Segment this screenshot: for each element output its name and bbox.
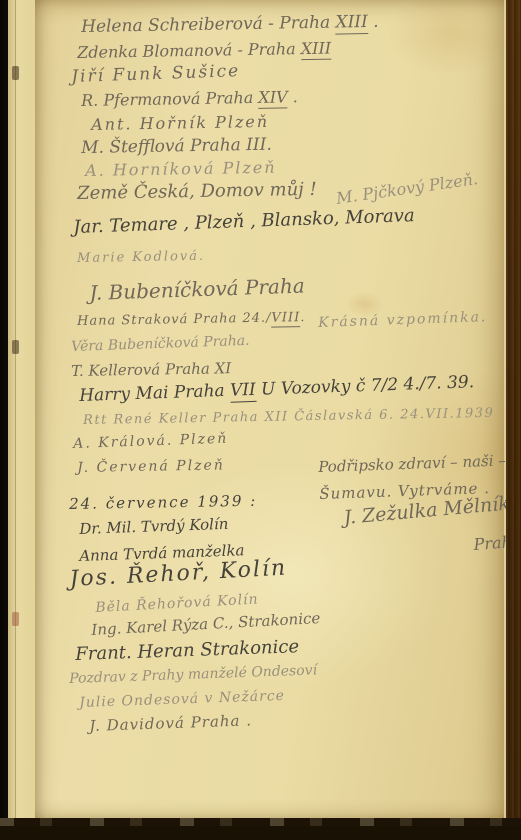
book-spine-shadow — [0, 0, 8, 840]
signature-line: M. Pjčkový Plzeň. — [335, 170, 479, 207]
signature-line: Zdenka Blomanová - Praha XIII — [77, 40, 331, 62]
binding-thread — [12, 612, 19, 626]
signature-line: T. Kellerová Praha XI — [71, 360, 231, 379]
signature-line: Dr. Mil. Tvrdý Kolín — [79, 516, 229, 538]
signature-line: Jiří Funk Sušice — [71, 62, 241, 87]
signature-line: R. Pfermanová Praha XIV . — [81, 88, 298, 109]
signature-line: J. Červená Plzeň — [77, 458, 225, 476]
signature-line: 24. července 1939 : — [69, 493, 257, 513]
underlined-numeral: VIII — [271, 310, 300, 328]
signature-line: J. Davidová Praha . — [89, 712, 252, 734]
binding-stitch — [12, 66, 19, 80]
signature-line: Jar. Temare , Plzeň , Blansko, Morava — [73, 206, 415, 238]
page-stack-edge — [506, 0, 521, 822]
signature-line: Hana Straková Praha 24./VIII. — [77, 311, 306, 329]
signature-line: J. Bubeníčková Praha — [89, 274, 305, 304]
binding-seam — [15, 0, 16, 822]
signature-line: M. Štefflová Praha III. — [81, 136, 272, 158]
signature-line: Helena Schreiberová - Praha XIII . — [81, 13, 379, 37]
signature-line: Pozdrav z Prahy manželé Ondesoví — [69, 663, 317, 687]
underlined-numeral: XIII — [301, 39, 332, 61]
signature-line: Ant. Hořník Plzeň — [91, 113, 269, 134]
signature-line: Podřipsko zdraví – naši – — [318, 452, 506, 475]
signature-line: A. Horníková Plzeň — [85, 159, 277, 180]
page-bottom-edge-flecks — [0, 818, 521, 826]
page-gutter — [8, 0, 35, 822]
underlined-numeral: VII — [230, 380, 256, 403]
signature-line: Věra Bubeníčková Praha. — [71, 334, 250, 356]
table-surface — [0, 818, 521, 840]
signature-line: Julie Ondesová v Nežárce — [79, 689, 285, 712]
binding-stitch — [12, 340, 19, 354]
signature-line: Marie Kodlová. — [77, 250, 205, 267]
signature-line: Rtt René Keller Praha XII Čáslavská 6. 2… — [83, 407, 494, 428]
guestbook-page: Helena Schreiberová - Praha XIII .Zdenka… — [35, 0, 506, 822]
signature-line: Frant. Heran Strakonice — [75, 637, 299, 665]
guestbook-scan: Helena Schreiberová - Praha XIII .Zdenka… — [0, 0, 521, 840]
underlined-numeral: XIV — [258, 87, 288, 109]
underlined-numeral: XIII — [335, 12, 368, 35]
signature-line: A. Králová. Plzeň — [73, 432, 229, 453]
signature-line: Země Česká, Domov můj ! — [77, 180, 317, 204]
signature-line: Krásná vzpomínka. — [318, 310, 488, 331]
